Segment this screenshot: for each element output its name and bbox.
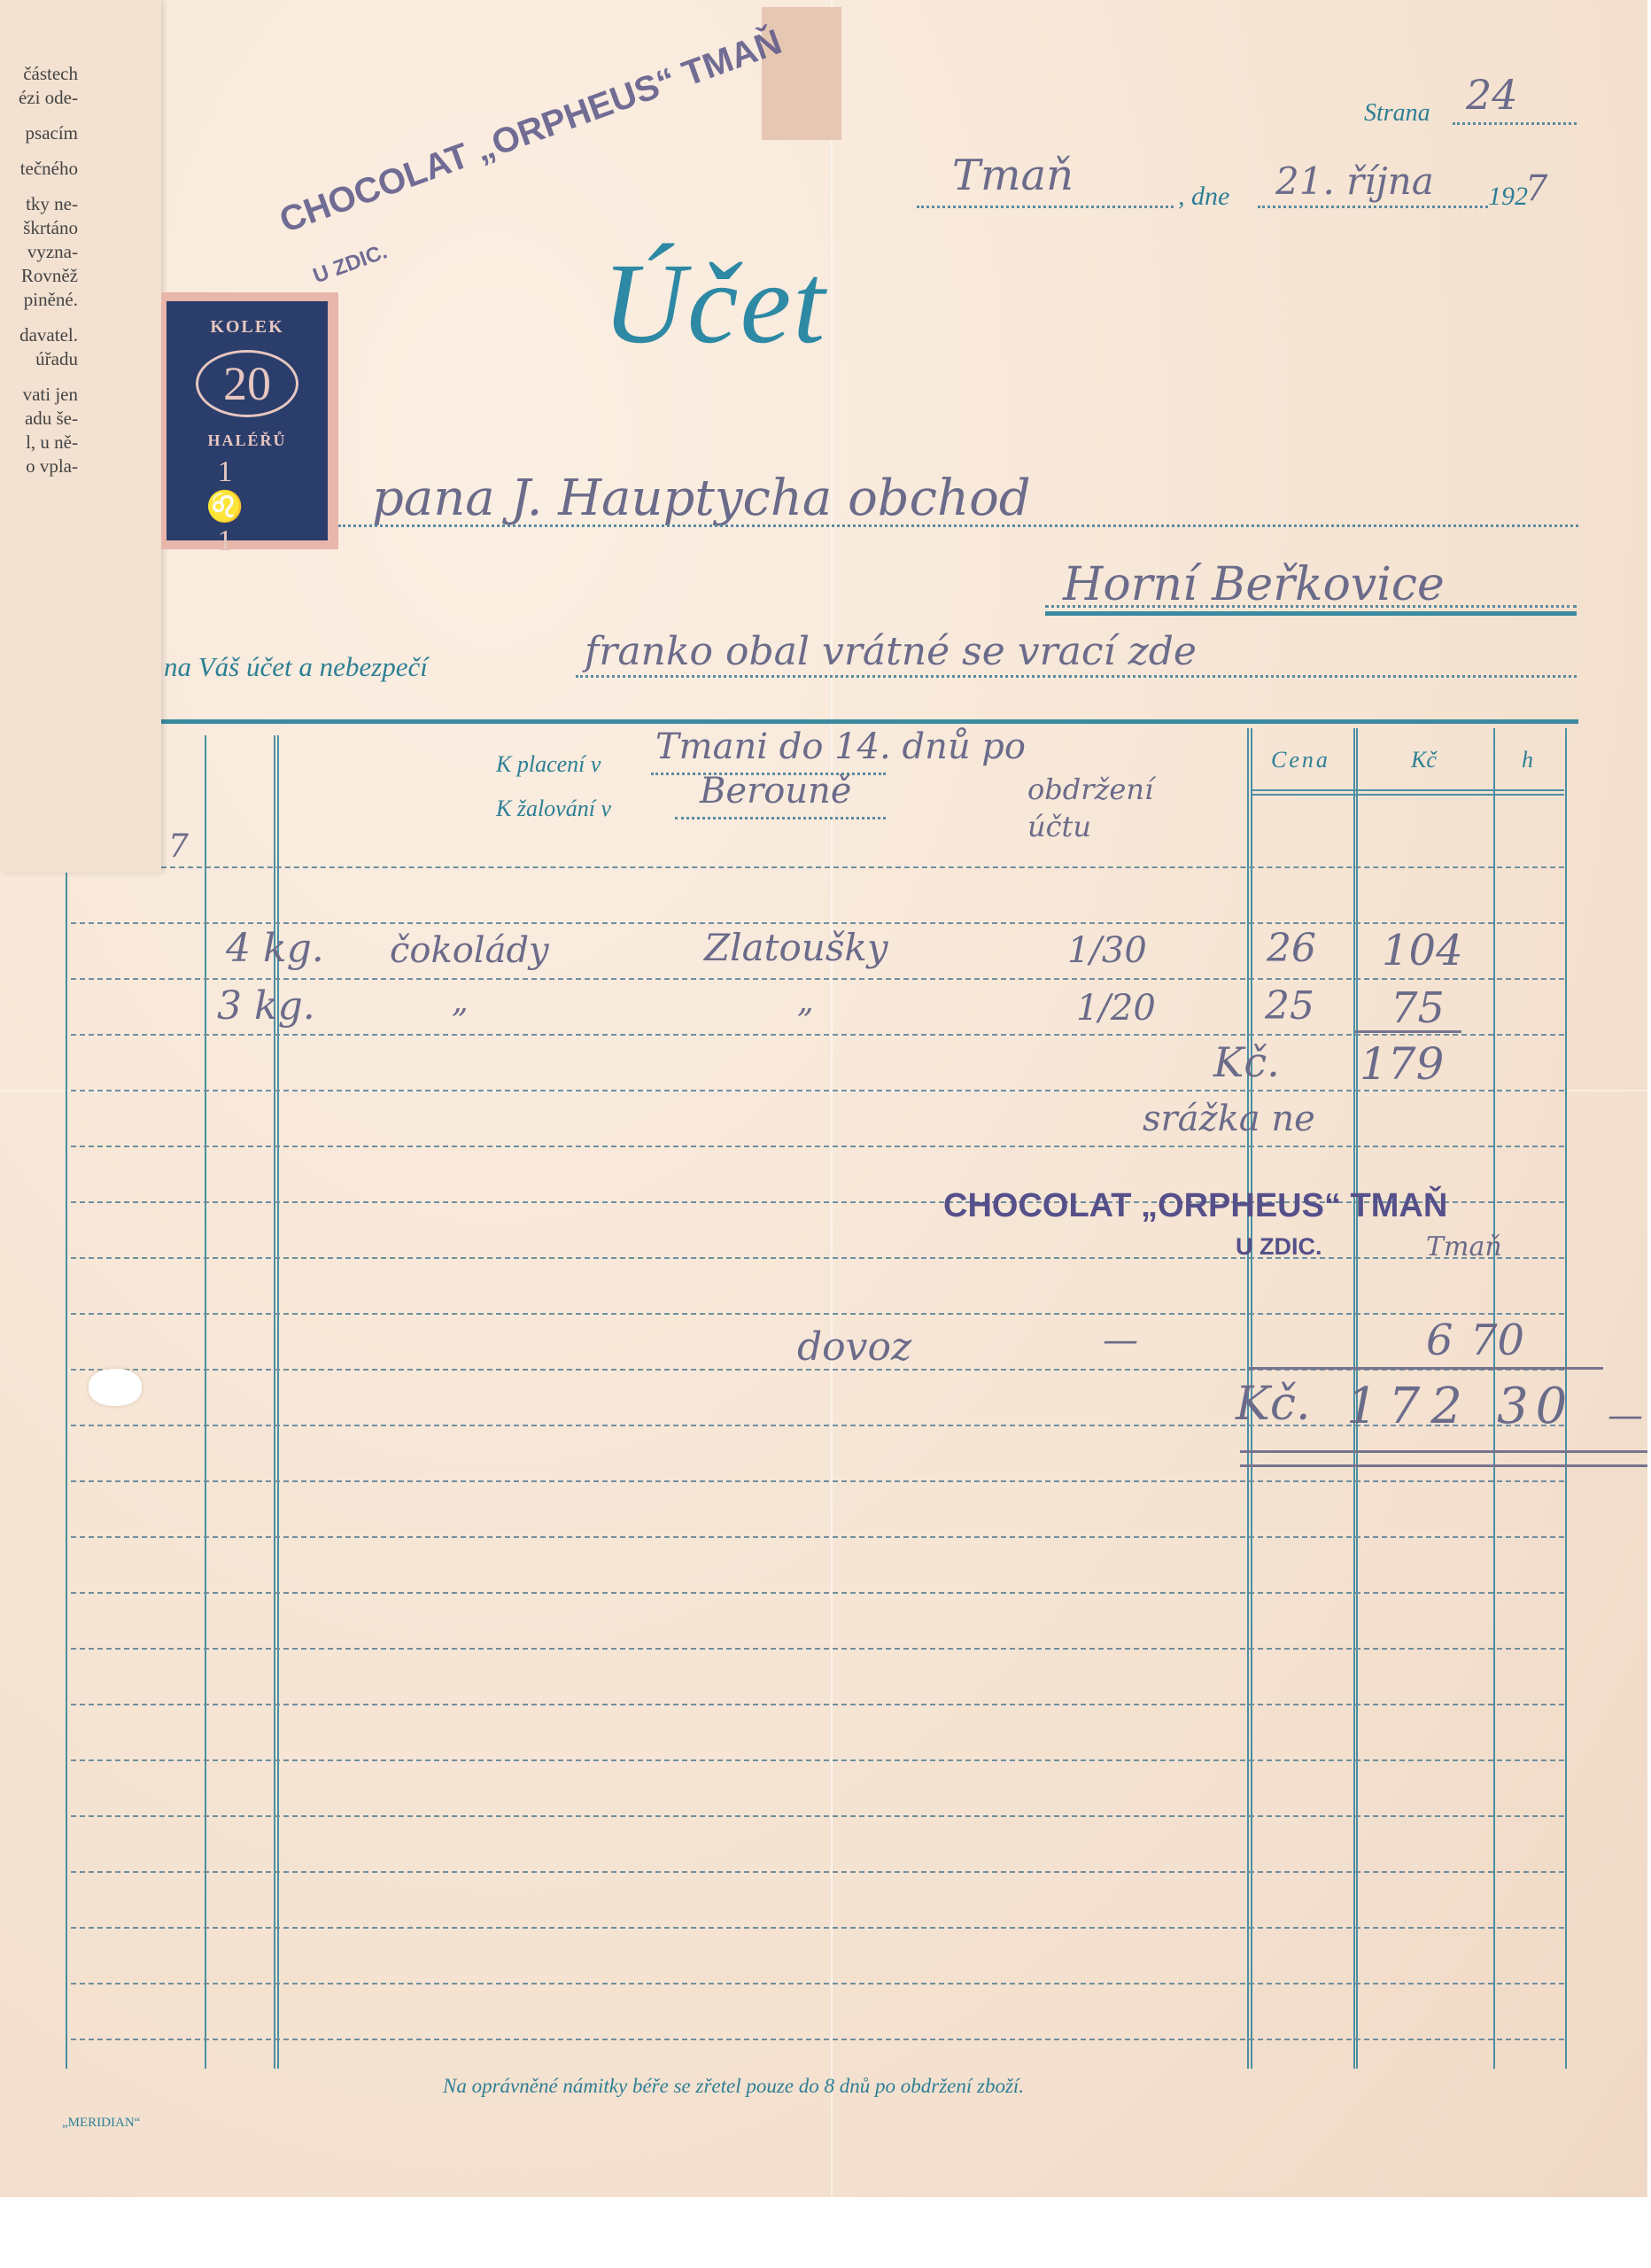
item1-pack: 1/30 bbox=[1067, 930, 1147, 971]
col-line bbox=[66, 873, 67, 2069]
row-rule bbox=[71, 1759, 1564, 1761]
flap-line: adu še- bbox=[0, 407, 78, 431]
date-handwritten: 21. října bbox=[1275, 159, 1434, 203]
row-rule bbox=[71, 1871, 1564, 1873]
place-dotline bbox=[917, 206, 1174, 208]
stamp-value: 20 bbox=[196, 350, 298, 417]
lawsuit-dotline bbox=[675, 817, 886, 819]
recipient-line2: Horní Beřkovice bbox=[1063, 558, 1445, 611]
col-header-hellers: h bbox=[1522, 747, 1533, 773]
item2-pack: 1/20 bbox=[1076, 988, 1156, 1029]
risk-dotline bbox=[576, 675, 1577, 678]
lion-emblem-icon: 1 ♌ 1 bbox=[167, 455, 328, 558]
invoice-title: Účet bbox=[602, 237, 826, 370]
rubber-stamp-bottom: CHOCOLAT „ORPHEUS“ TMAŇ bbox=[943, 1187, 1447, 1225]
flap-line: vati jen bbox=[0, 383, 78, 407]
item1-price: 26 bbox=[1267, 926, 1316, 971]
rubber-stamp-top-line2: U ZDIC. bbox=[310, 239, 391, 289]
row-rule bbox=[71, 978, 1564, 980]
total-suffix: — bbox=[1608, 1395, 1643, 1436]
row-rule bbox=[71, 2039, 1564, 2040]
signature: Tmaň bbox=[1426, 1231, 1502, 1262]
shipping-dash: — bbox=[1103, 1320, 1138, 1361]
rubber-stamp-top: CHOCOLAT „ORPHEUS“ TMAŇ bbox=[275, 22, 787, 241]
lawsuit-value-handwritten: Berouně bbox=[700, 771, 851, 812]
row-rule bbox=[71, 1927, 1564, 1929]
page-label: Strana bbox=[1364, 99, 1430, 128]
recipient-line1: pana J. Hauptycha obchod bbox=[372, 470, 1031, 527]
payment-label: K placení v bbox=[496, 751, 601, 778]
row-rule bbox=[71, 1592, 1564, 1594]
shipping-label: dovoz bbox=[797, 1324, 911, 1370]
subtotal-label: Kč. bbox=[1213, 1038, 1280, 1086]
shipping-amount-h: 70 bbox=[1470, 1316, 1524, 1365]
flap-line: tečného bbox=[0, 157, 78, 181]
flap-conditions-text: částech ézi ode- psacím tečného tky ne- … bbox=[0, 62, 78, 478]
stamp-unit: HALÉŘŮ bbox=[167, 431, 328, 450]
risk-value-handwritten: franko obal vrátné se vrací zde bbox=[585, 629, 1197, 674]
row-rule bbox=[71, 1425, 1564, 1426]
date-dotline bbox=[1258, 206, 1488, 208]
place-handwritten: Tmaň bbox=[952, 151, 1074, 200]
flap-line: psacím bbox=[0, 121, 78, 145]
shipping-amount-kc: 6 bbox=[1426, 1316, 1453, 1365]
row-rule bbox=[71, 1090, 1564, 1091]
year-handwritten: 7 bbox=[1525, 168, 1547, 209]
col-line bbox=[1493, 728, 1495, 2069]
item2-price: 25 bbox=[1265, 983, 1314, 1029]
payment-value-handwritten: Tmani do 14. dnů po bbox=[655, 726, 1026, 767]
item2-product: „ bbox=[452, 983, 469, 1020]
header-double-rule bbox=[1252, 789, 1564, 796]
margin-note: 7 bbox=[168, 828, 189, 865]
footer-note: Na oprávněné námitky béře se zřetel pouz… bbox=[443, 2075, 1024, 2098]
flap-line: o vpla- bbox=[0, 454, 78, 478]
total-amount-kc: 172 bbox=[1346, 1378, 1473, 1435]
row-rule bbox=[71, 1648, 1564, 1650]
row-rule bbox=[71, 1983, 1564, 1984]
recipient-dotline1 bbox=[338, 524, 1578, 527]
total-rule bbox=[1249, 1367, 1603, 1370]
payment-note-handwritten: obdržení účtu bbox=[1027, 771, 1187, 845]
row-rule bbox=[71, 1815, 1564, 1817]
item2-amount: 75 bbox=[1391, 983, 1445, 1033]
col-header-price: Cena bbox=[1271, 747, 1330, 773]
total-amount-h: 30 bbox=[1497, 1378, 1574, 1435]
printer-mark: „MERIDIAN“ bbox=[62, 2116, 140, 2131]
recipient-dotline2 bbox=[1045, 605, 1577, 608]
item2-variety: „ bbox=[797, 983, 814, 1020]
flap-line: škrtáno bbox=[0, 216, 78, 240]
item1-product: čokolády bbox=[390, 930, 549, 971]
item1-qty: 4 kg. bbox=[226, 926, 324, 971]
total-double-rule-2 bbox=[1240, 1464, 1647, 1467]
flap-line: ézi ode- bbox=[0, 86, 78, 110]
flap-line: davatel. bbox=[0, 323, 78, 347]
date-label: , dne bbox=[1178, 182, 1229, 212]
subtotal-underline bbox=[1355, 1030, 1461, 1033]
row-rule bbox=[161, 866, 1564, 868]
row-rule bbox=[71, 1313, 1564, 1315]
row-rule bbox=[71, 1480, 1564, 1482]
punch-hole bbox=[89, 1369, 142, 1406]
flap-line: úřadu bbox=[0, 347, 78, 371]
rubber-stamp-bottom-line2: U ZDIC. bbox=[1236, 1233, 1322, 1261]
flap-line: částech bbox=[0, 62, 78, 86]
year-printed: 192 bbox=[1488, 182, 1528, 212]
invoice-paper: částech ézi ode- psacím tečného tky ne- … bbox=[0, 0, 1647, 2197]
flap-line: vyzna- bbox=[0, 240, 78, 264]
fold-crease-vertical bbox=[831, 0, 833, 2197]
total-double-rule-1 bbox=[1240, 1450, 1647, 1453]
flap-line: Rovněž bbox=[0, 264, 78, 288]
total-label: Kč. bbox=[1236, 1378, 1311, 1431]
row-rule bbox=[71, 1034, 1564, 1036]
risk-label: na Váš účet a nebezpečí bbox=[164, 651, 428, 683]
recipient-underline bbox=[1045, 611, 1577, 616]
page-dotline bbox=[1453, 122, 1577, 125]
item2-qty: 3 kg. bbox=[217, 983, 315, 1029]
row-rule bbox=[71, 1257, 1564, 1259]
row-rule bbox=[71, 1536, 1564, 1538]
col-line bbox=[205, 735, 206, 2069]
item1-variety: Zlatoušky bbox=[704, 926, 888, 969]
row-rule bbox=[71, 922, 1564, 924]
item1-amount: 104 bbox=[1382, 926, 1463, 975]
stamp-header: KOLEK bbox=[167, 317, 328, 338]
flap-line: tky ne- bbox=[0, 192, 78, 216]
flap-line: l, u ně- bbox=[0, 431, 78, 454]
row-rule bbox=[71, 1704, 1564, 1705]
col-header-crowns: Kč bbox=[1411, 747, 1437, 773]
row-rule bbox=[71, 1146, 1564, 1147]
subtotal-note: srážka ne bbox=[1143, 1099, 1315, 1139]
folded-flap: částech ézi ode- psacím tečného tky ne- … bbox=[0, 0, 161, 873]
flap-line: piněné. bbox=[0, 288, 78, 312]
revenue-stamp: KOLEK 20 HALÉŘŮ 1 ♌ 1 bbox=[161, 292, 338, 549]
subtotal-value: 179 bbox=[1360, 1038, 1444, 1090]
page-number-handwritten: 24 bbox=[1466, 71, 1518, 119]
lawsuit-label: K žalování v bbox=[496, 796, 611, 822]
table-top-rule bbox=[161, 719, 1578, 724]
